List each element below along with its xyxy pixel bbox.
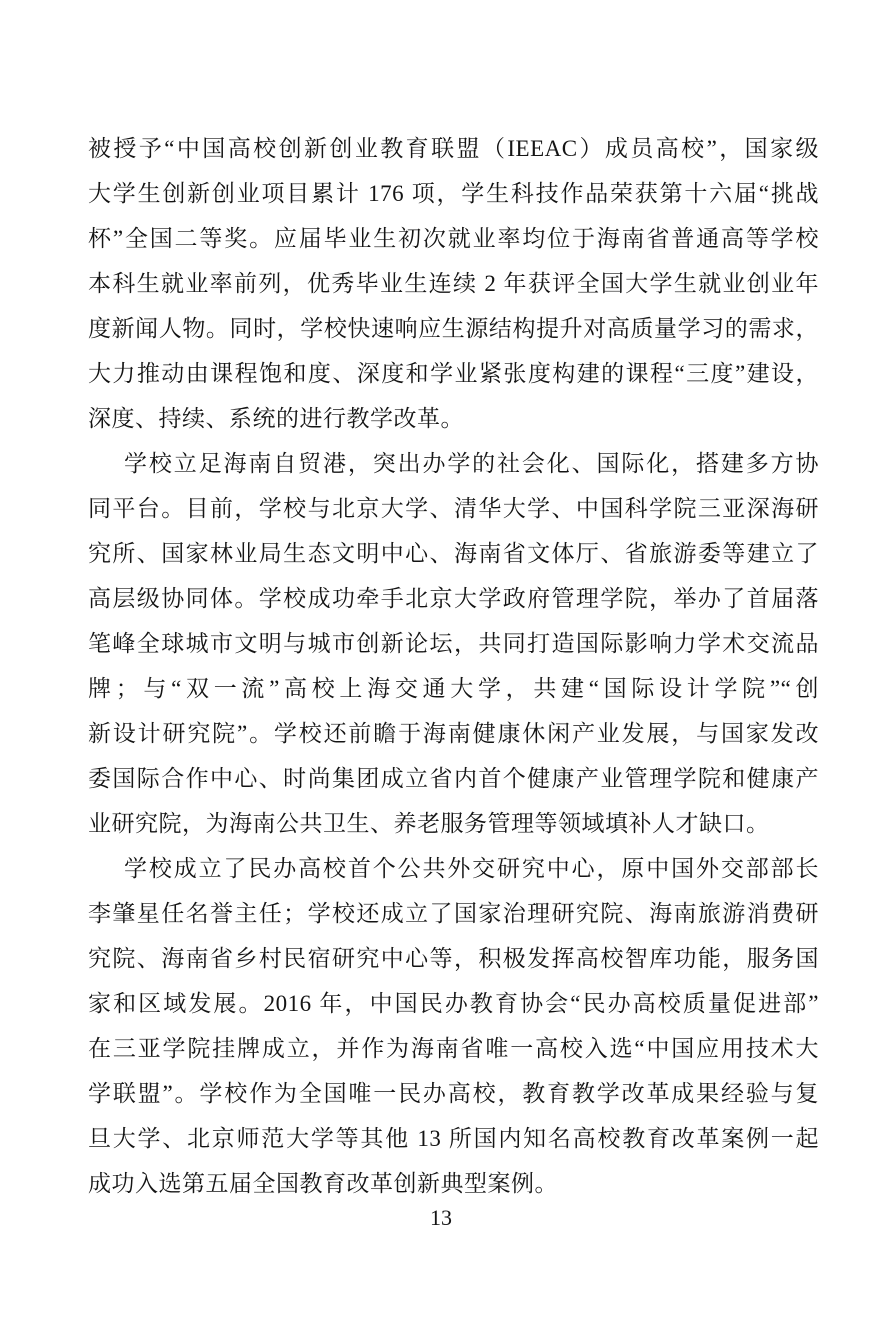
text-line: 大学生创新创业项目累计 176 项，学生科技作品荣获第十六届“挑战: [88, 171, 819, 216]
text-line: 杯”全国二等奖。应届毕业生初次就业率均位于海南省普通高等学校: [88, 216, 819, 261]
page-number: 13: [0, 1200, 882, 1236]
text-line: 牌；与“双一流”高校上海交通大学，共建“国际设计学院”“创: [88, 666, 819, 711]
text-line: 究所、国家林业局生态文明中心、海南省文体厅、省旅游委等建立了: [88, 531, 819, 576]
text-line: 学校立足海南自贸港，突出办学的社会化、国际化，搭建多方协: [88, 441, 819, 486]
paragraph-1: 被授予“中国高校创新创业教育联盟（IEEAC）成员高校”，国家级 大学生创新创业…: [88, 126, 819, 441]
text-line: 业研究院，为海南公共卫生、养老服务管理等领域填补人才缺口。: [88, 801, 819, 846]
text-line: 李肇星任名誉主任；学校还成立了国家治理研究院、海南旅游消费研: [88, 891, 819, 936]
text-line: 本科生就业率前列，优秀毕业生连续 2 年获评全国大学生就业创业年: [88, 261, 819, 306]
text-block: 被授予“中国高校创新创业教育联盟（IEEAC）成员高校”，国家级 大学生创新创业…: [88, 126, 819, 1206]
text-line: 究院、海南省乡村民宿研究中心等，积极发挥高校智库功能，服务国: [88, 936, 819, 981]
document-page: 被授予“中国高校创新创业教育联盟（IEEAC）成员高校”，国家级 大学生创新创业…: [0, 0, 882, 1323]
text-line: 笔峰全球城市文明与城市创新论坛，共同打造国际影响力学术交流品: [88, 621, 819, 666]
text-line: 家和区域发展。2016 年，中国民办教育协会“民办高校质量促进部”: [88, 981, 819, 1026]
text-line: 度新闻人物。同时，学校快速响应生源结构提升对高质量学习的需求，: [88, 306, 819, 351]
text-line: 同平台。目前，学校与北京大学、清华大学、中国科学院三亚深海研: [88, 486, 819, 531]
text-line: 在三亚学院挂牌成立，并作为海南省唯一高校入选“中国应用技术大: [88, 1026, 819, 1071]
text-line: 新设计研究院”。学校还前瞻于海南健康休闲产业发展，与国家发改: [88, 711, 819, 756]
text-line: 被授予“中国高校创新创业教育联盟（IEEAC）成员高校”，国家级: [88, 126, 819, 171]
text-line: 旦大学、北京师范大学等其他 13 所国内知名高校教育改革案例一起: [88, 1116, 819, 1161]
text-line: 委国际合作中心、时尚集团成立省内首个健康产业管理学院和健康产: [88, 756, 819, 801]
paragraph-3: 学校成立了民办高校首个公共外交研究中心，原中国外交部部长 李肇星任名誉主任；学校…: [88, 846, 819, 1206]
text-line: 深度、持续、系统的进行教学改革。: [88, 396, 819, 441]
text-line: 学校成立了民办高校首个公共外交研究中心，原中国外交部部长: [88, 846, 819, 891]
text-line: 大力推动由课程饱和度、深度和学业紧张度构建的课程“三度”建设，: [88, 351, 819, 396]
paragraph-2: 学校立足海南自贸港，突出办学的社会化、国际化，搭建多方协 同平台。目前，学校与北…: [88, 441, 819, 846]
text-line: 高层级协同体。学校成功牵手北京大学政府管理学院，举办了首届落: [88, 576, 819, 621]
text-line: 学联盟”。学校作为全国唯一民办高校，教育教学改革成果经验与复: [88, 1071, 819, 1116]
